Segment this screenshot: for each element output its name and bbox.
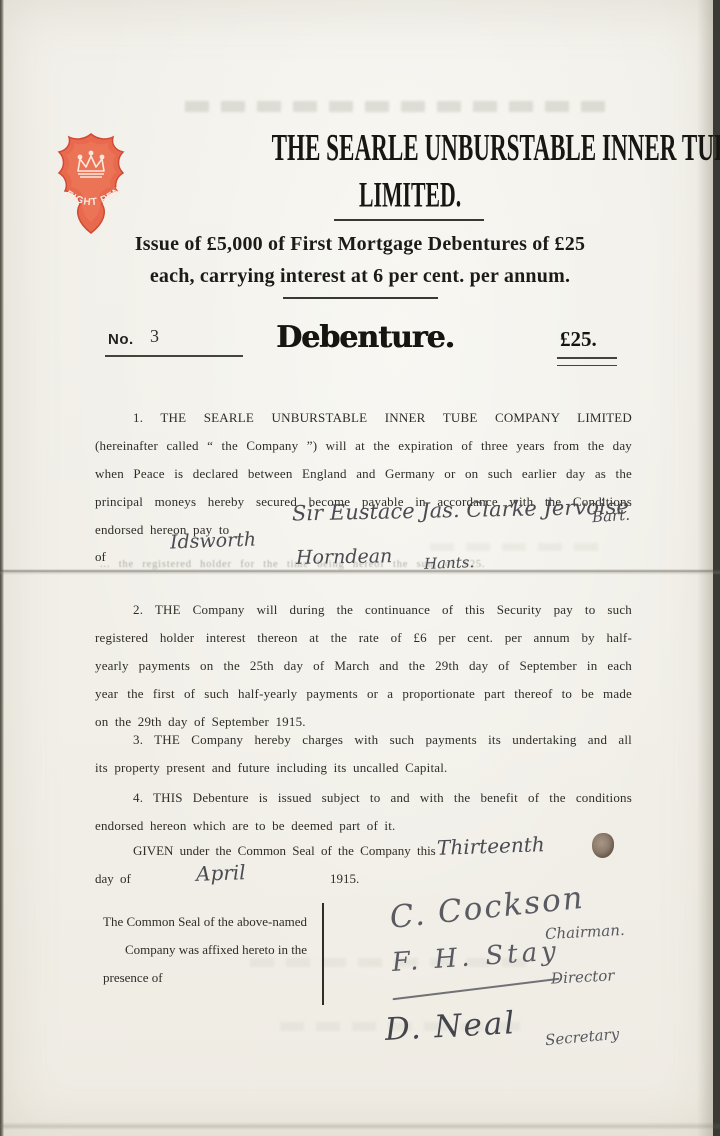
clause-1-line: (hereinafter called “ the Company ”) wil… [95,432,632,460]
attestation-line: The Common Seal of the above-named [103,908,328,936]
issue-statement: Issue of £5,000 of First Mortgage Debent… [85,228,635,292]
clause-2-line: year the first of such half-yearly payme… [95,680,632,708]
clause-4: 4. THIS Debenture is issued subject to a… [95,784,632,840]
stamp-graphic: EIGHT PENCE [44,131,138,237]
page-right-shadow [697,0,713,1136]
clause-1-line: 1. THE SEARLE UNBURSTABLE INNER TUBE COM… [95,404,632,432]
handwritten-address-town: Idsworth [170,529,257,554]
attestation-line: presence of [103,964,328,992]
ornamental-rule [334,219,484,221]
ghost-text [185,101,615,112]
debenture-number-label: No. [108,331,134,348]
ghost-text [430,543,610,551]
day-of-label: day of [95,871,131,887]
company-name: THE SEARLE UNBURSTABLE INNER TUBE COMPAN… [272,128,720,171]
debenture-number: 3 [150,326,159,347]
issue-line-1: Issue of £5,000 of First Mortgage Debent… [135,233,585,255]
document-title: Debenture. [260,320,470,355]
signature-director: F. H. Stay [391,936,561,978]
issue-line-2: each, carrying interest at 6 per cent. p… [150,265,570,287]
clause-2-line: yearly payments on the 25th day of March… [95,652,632,680]
clause-4-line: 4. THIS Debenture is issued subject to a… [95,784,632,812]
clause-1-line: when Peace is declared between England a… [95,460,632,488]
signature-secretary: D. Neal [384,1005,517,1048]
page-left-edge [0,0,4,1136]
revenue-stamp: EIGHT PENCE [44,131,138,237]
debenture-certificate: EIGHT PENCE THE SEARLE UNBURSTABLE INNER… [0,0,720,1136]
clause-3-line: its property present and future includin… [95,754,632,782]
attestation-bracket [322,903,324,1005]
handwritten-day: Thirteenth [437,832,545,860]
denomination: £25. [560,327,597,352]
clause-2-line: 2. THE Company will during the continuan… [95,596,632,624]
attestation-line: Company was affixed hereto in the [103,936,328,964]
page-right-edge [713,0,720,1136]
document-header: THE SEARLE UNBURSTABLE INNER TUBE COMPAN… [130,130,690,213]
denomination-underline [557,357,617,366]
clause-4-line: endorsed hereon which are to be deemed p… [95,812,632,840]
signature-role-secretary: Secretary [544,1025,620,1049]
clause-3: 3. THE Company hereby charges with such … [95,726,632,782]
handwritten-payee-suffix: Bart. [591,506,630,527]
year-text: 1915. [330,871,359,887]
faded-clause-text: ... the registered holder for the time b… [100,559,560,570]
signature-role-director: Director [551,966,615,987]
company-limited: LIMITED. [359,174,461,215]
number-underline [105,355,243,357]
signature-flourish [393,978,560,1000]
clause-3-line: 3. THE Company hereby charges with such … [95,726,632,754]
ink-stain [592,833,614,858]
given-clause: GIVEN under the Common Seal of the Compa… [133,843,436,859]
handwritten-month: April [196,860,246,886]
clause-2: 2. THE Company will during the continuan… [95,596,632,736]
ornamental-rule [283,297,438,299]
clause-2-line: registered holder interest thereon at th… [95,624,632,652]
seal-attestation: The Common Seal of the above-named Compa… [103,908,328,992]
bottom-fold-crease [0,1122,720,1130]
